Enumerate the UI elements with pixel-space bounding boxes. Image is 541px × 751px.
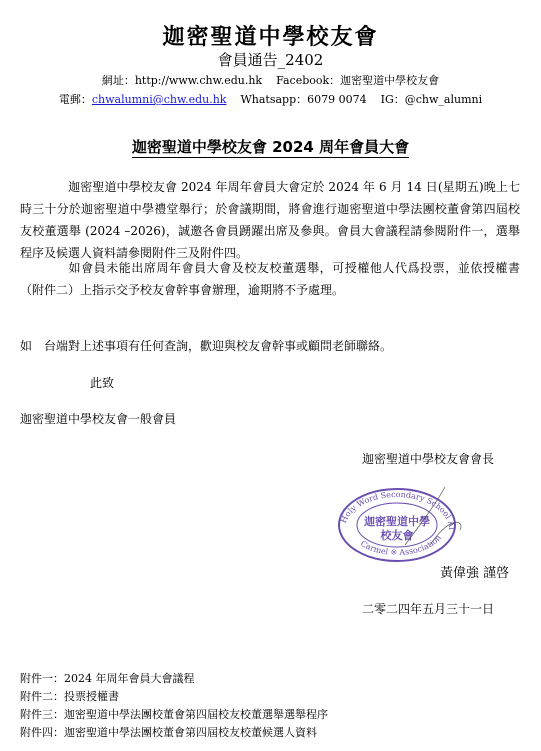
recipient-text: 迦密聖道中學校友會一般會員 <box>20 410 176 427</box>
whatsapp-label: Whatsapp： <box>240 93 307 106</box>
sender-title: 迦密聖道中學校友會會長 <box>362 450 494 467</box>
svg-text:迦密聖道中學: 迦密聖道中學 <box>363 514 430 528</box>
email-link[interactable]: chwalumni@chw.edu.hk <box>92 93 227 106</box>
closing-text: 此致 <box>90 374 114 391</box>
website-link[interactable]: http://www.chw.edu.hk <box>135 74 262 87</box>
meeting-title-text: 迦密聖道中學校友會 2024 周年會員大會 <box>132 138 409 158</box>
ig-value: @chw_alumni <box>405 93 482 106</box>
notice-date: 二零二四年五月三十一日 <box>362 600 494 617</box>
body-paragraph-2: 如會員未能出席周年會員大會及校友校董選舉，可授權他人代爲投票，並依授權書（附件二… <box>20 257 520 301</box>
paragraph-2-text: 如會員未能出席周年會員大會及校友校董選舉，可授權他人代爲投票，並依授權書（附件二… <box>20 261 520 297</box>
body-paragraph-1: 迦密聖道中學校友會 2024 年周年會員大會定於 2024 年 6 月 14 日… <box>20 176 520 264</box>
notice-number: 會員通告_2402 <box>0 49 541 70</box>
attachment-4: 附件四：迦密聖道中學法團校董會第四屆校友校董候選人資料 <box>20 724 317 742</box>
attachment-3: 附件三：迦密聖道中學法團校董會第四屆校友校董選舉選舉程序 <box>20 706 328 724</box>
association-seal-icon: Holy Word Secondary School Alumni Carmel… <box>335 485 465 565</box>
inquiry-text: 如 台端對上述事項有任何查詢，歡迎與校友會幹事或顧問老師聯絡。 <box>20 337 392 354</box>
email-label: 電郵： <box>59 93 92 106</box>
attachment-1: 附件一：2024 年周年會員大會議程 <box>20 670 195 688</box>
ig-label: IG： <box>381 93 405 106</box>
attachment-2: 附件二：投票授權書 <box>20 688 119 706</box>
website-label: 網址： <box>102 74 135 87</box>
org-title: 迦密聖道中學校友會 <box>0 20 541 51</box>
paragraph-1-text: 迦密聖道中學校友會 2024 年周年會員大會定於 2024 年 6 月 14 日… <box>20 180 520 260</box>
meeting-title: 迦密聖道中學校友會 2024 周年會員大會 <box>0 136 541 157</box>
contact-line-2: 電郵：chwalumni@chw.edu.hkWhatsapp：6079 007… <box>0 91 541 107</box>
facebook-label: Facebook： <box>276 74 340 87</box>
contact-line-1: 網址：http://www.chw.edu.hkFacebook：迦密聖道中學校… <box>0 72 541 88</box>
facebook-value: 迦密聖道中學校友會 <box>340 74 439 87</box>
whatsapp-value: 6079 0074 <box>307 93 367 106</box>
signer-name: 黃偉強 謹啓 <box>440 562 509 581</box>
